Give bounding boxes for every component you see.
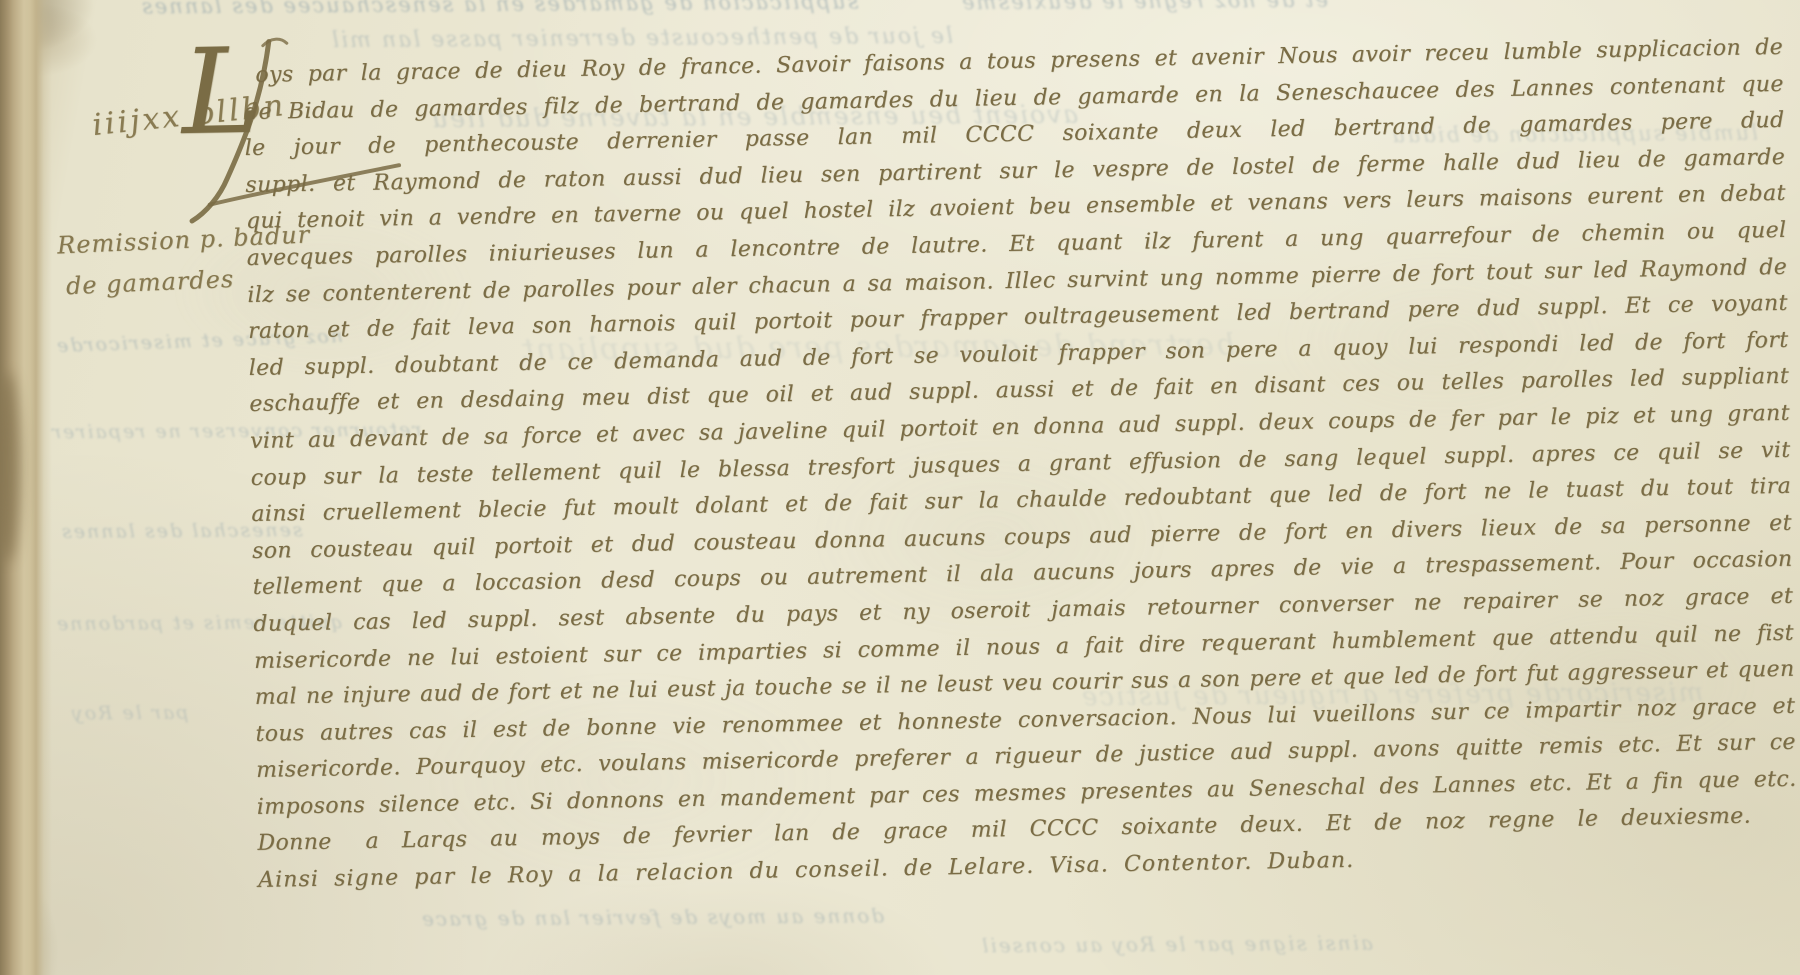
show-through-line: ainsi signe par le Roy au conseil	[980, 931, 1373, 958]
show-through-line: supplicacion de gamardes en la seneschau…	[140, 0, 859, 19]
show-through-line: donne au moys de fevrier lan de grace	[420, 903, 884, 930]
text-block: L oys par la grace de dieu Roy de france…	[243, 30, 1798, 900]
show-through-line: par le Roy	[70, 702, 189, 725]
manuscript-page: supplicacion de gamardes en la seneschau…	[0, 0, 1800, 975]
initial-letter: L	[181, 32, 262, 151]
binding-edge-shadow	[0, 372, 20, 562]
show-through-line: et de noz regne le deuxiesme	[960, 0, 1328, 14]
